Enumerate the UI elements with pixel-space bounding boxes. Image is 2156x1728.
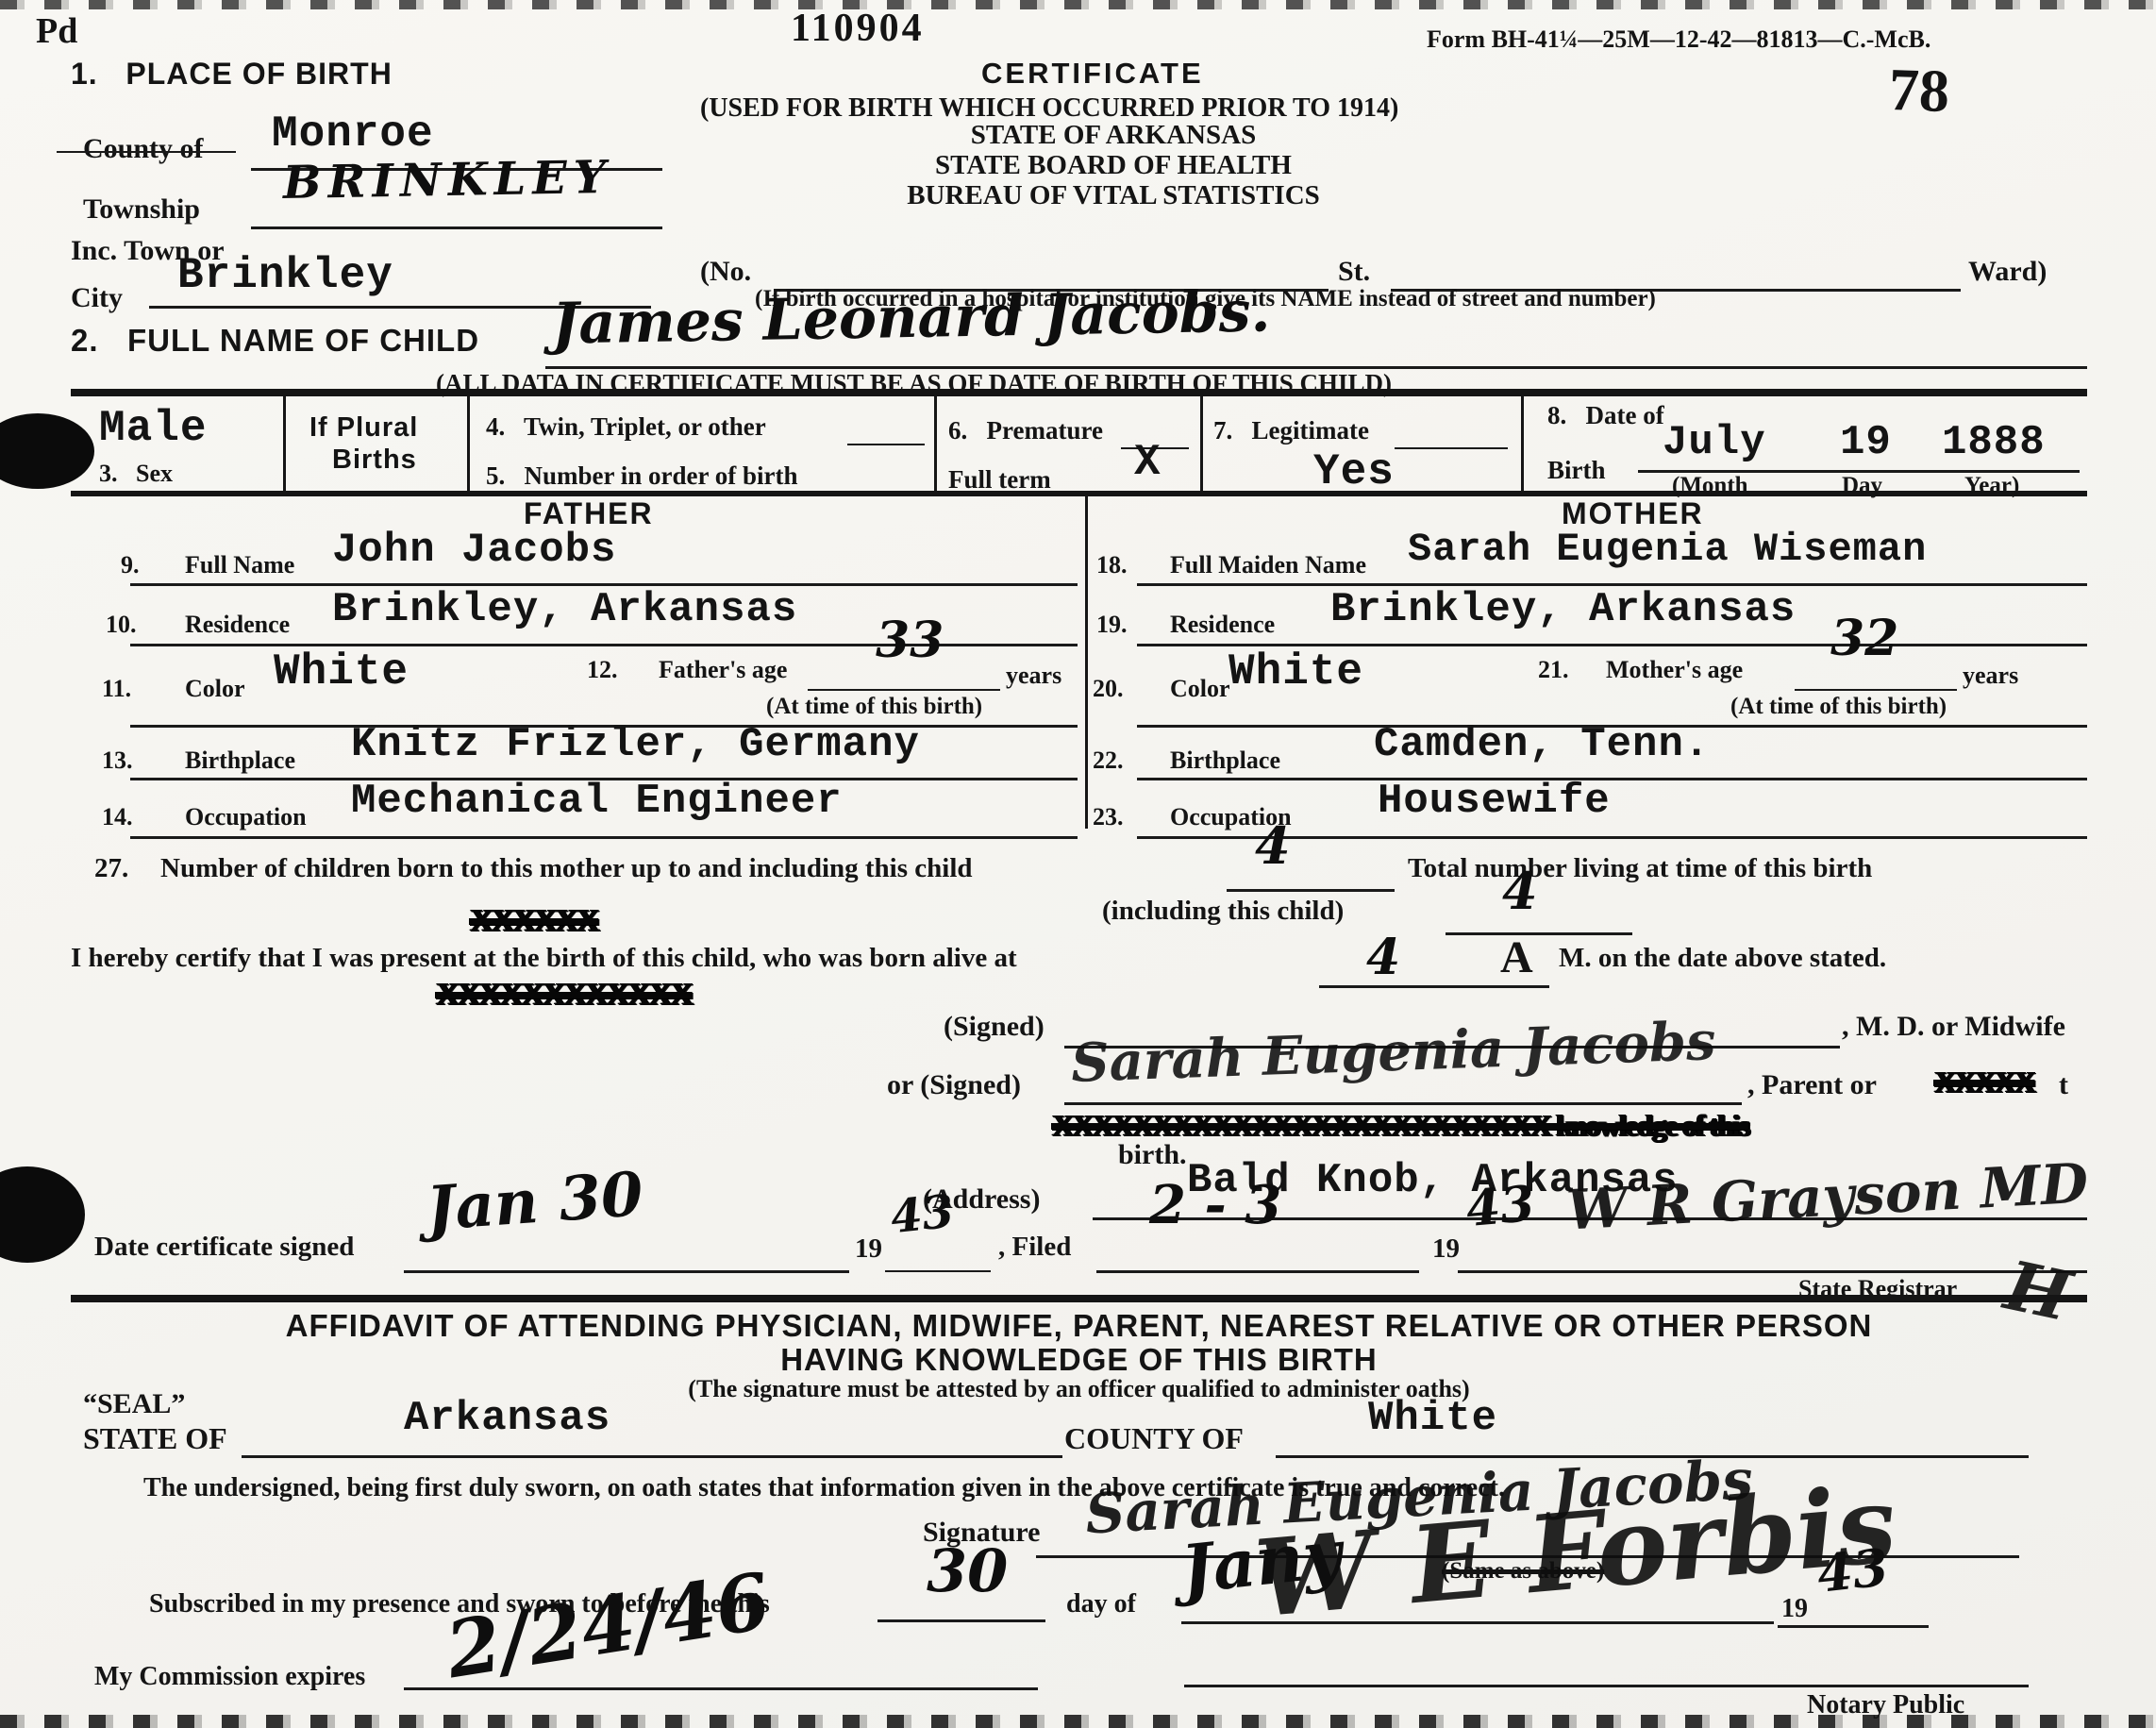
affidavit-line-3: (The signature must be attested by an of… — [71, 1376, 2087, 1401]
mother-age-underline — [1795, 689, 1957, 691]
subscribed-pre19: 19 — [1781, 1595, 1808, 1622]
state-of-label: STATE OF — [83, 1423, 227, 1455]
birth-certificate-scan: Pd 110904 Form BH-41¼—25M—12-42—81813—C.… — [0, 0, 2156, 1728]
plural-births-label-1: If Plural — [309, 413, 418, 442]
mother-age-note: (At time of this birth) — [1730, 695, 1947, 719]
father-age-years: years — [1006, 663, 1061, 688]
form-number: Form BH-41¼—25M—12-42—81813—C.-McB. — [1427, 26, 1930, 52]
mother-occ-num: 23. — [1093, 804, 1124, 830]
children-value: 4 — [1255, 819, 1291, 873]
md-midwife-label: , M. D. or Midwife — [1842, 1012, 2065, 1042]
city-label: City — [71, 283, 123, 313]
subscribed-year-underline — [1778, 1625, 1929, 1628]
father-res-label: Residence — [185, 612, 290, 637]
mother-res-underline — [1137, 644, 2087, 646]
vitals-divider-3 — [934, 396, 937, 491]
mother-res-label: Residence — [1170, 612, 1275, 637]
county-of-label: COUNTY OF — [1064, 1423, 1244, 1455]
date-signed-value: Jan 30 — [425, 1163, 645, 1241]
filed-label: , Filed — [998, 1233, 1071, 1261]
children-underline-2 — [1446, 932, 1632, 935]
ward-label: Ward) — [1968, 257, 2047, 287]
dob-sub-day: Day — [1842, 474, 1882, 498]
filed-underline — [1096, 1270, 1419, 1273]
certificate-subtitle: (USED FOR BIRTH WHICH OCCURRED PRIOR TO … — [700, 94, 1398, 122]
org-state: STATE OF ARKANSAS — [774, 121, 1453, 149]
affidavit-line-1: AFFIDAVIT OF ATTENDING PHYSICIAN, MIDWIF… — [71, 1310, 2087, 1343]
sex-label: 3. Sex — [99, 461, 173, 486]
dob-label-2: Birth — [1547, 457, 1606, 483]
mother-name-value: Sarah Eugenia Wiseman — [1408, 528, 1927, 570]
mother-age-label: Mother's age — [1606, 657, 1743, 682]
twin-label: 4. Twin, Triplet, or other — [486, 413, 766, 440]
filed-pre19: 19 — [1432, 1234, 1460, 1263]
dob-sub-month: (Month — [1672, 474, 1748, 498]
day-of-label: day of — [1066, 1590, 1136, 1618]
hole-punch-top — [0, 413, 94, 489]
affidavit-line-2: HAVING KNOWLEDGE OF THIS BIRTH — [71, 1344, 2087, 1377]
township-value: BRINKLEY — [283, 154, 613, 207]
children-including-text: (including this child) — [1102, 897, 1344, 925]
township-label: Township — [83, 194, 200, 225]
parent-label: , Parent or — [1747, 1070, 1877, 1100]
mother-color-label: Color — [1170, 676, 1230, 701]
dob-month: July — [1663, 421, 1766, 464]
certificate-title: CERTIFICATE — [981, 59, 1204, 90]
father-name-value: John Jacobs — [332, 528, 616, 572]
commission-value: 2/24/46 — [441, 1561, 775, 1692]
mother-birthplace-value: Camden, Tenn. — [1374, 723, 1710, 766]
certify-tail: M. on the date above stated. — [1559, 944, 1886, 972]
mother-birth-num: 22. — [1093, 747, 1124, 773]
mother-age-value: 32 — [1830, 613, 1898, 665]
vitals-divider-2 — [467, 396, 470, 491]
notary-underline — [1184, 1685, 2029, 1687]
township-underline — [251, 226, 662, 229]
father-age-note: (At time of this birth) — [766, 695, 982, 719]
parent-signature: Sarah Eugenia Jacobs — [1070, 1014, 1716, 1092]
legitimate-value: Yes — [1313, 449, 1395, 495]
mother-birth-underline — [1137, 778, 2087, 780]
father-occ-value: Mechanical Engineer — [351, 780, 843, 823]
birth-time-value: 4 — [1366, 932, 1400, 984]
date-year-1: 43 — [889, 1188, 957, 1242]
dob-day: 19 — [1840, 421, 1892, 464]
certify-text: I hereby certify that I was present at t… — [71, 944, 1017, 972]
twin-underline — [847, 444, 925, 445]
father-age-value: 33 — [876, 615, 944, 667]
mother-age-years: years — [1963, 663, 2018, 688]
state-of-value: Arkansas — [404, 1397, 610, 1440]
father-color-num: 11. — [102, 676, 131, 701]
vitals-top-rule — [71, 389, 2087, 396]
children-total-text: Total number living at time of this birt… — [1408, 854, 1872, 882]
mother-birth-label: Birthplace — [1170, 747, 1280, 773]
county-value: Monroe — [272, 111, 434, 157]
father-header: FATHER — [524, 498, 654, 530]
mother-name-label: Full Maiden Name — [1170, 552, 1366, 578]
vitals-divider-1 — [283, 396, 286, 491]
seal-label: “SEAL” — [83, 1389, 185, 1419]
child-name-value: James Leonard Jacobs. — [552, 282, 1271, 354]
signed-label: (Signed) — [944, 1012, 1045, 1042]
father-color-label: Color — [185, 676, 245, 701]
father-res-num: 10. — [106, 612, 137, 637]
notary-public-label: Notary Public — [1807, 1691, 1964, 1719]
commission-underline — [404, 1687, 1038, 1690]
father-res-value: Brinkley, Arkansas — [332, 588, 797, 631]
mother-color-num: 20. — [1093, 676, 1124, 701]
subscribed-day-value: 30 — [927, 1540, 1008, 1602]
children-text: Number of children born to this mother u… — [160, 854, 973, 882]
sex-value: Male — [99, 406, 207, 451]
filed-value: 2 - 3 — [1149, 1178, 1281, 1233]
hole-punch-bottom — [0, 1166, 85, 1263]
mother-name-num: 18. — [1096, 552, 1128, 578]
full-term-label: Full term — [948, 466, 1051, 493]
street-no-label: (No. — [700, 257, 751, 287]
mother-occ-value: Housewife — [1378, 780, 1611, 823]
org-bureau: BUREAU OF VITAL STATISTICS — [774, 181, 1453, 210]
org-board: STATE BOARD OF HEALTH — [774, 151, 1453, 179]
child-name-heading: 2. FULL NAME OF CHILD — [71, 325, 479, 358]
date-pre19-1: 19 — [855, 1234, 882, 1263]
date-signed-underline — [404, 1270, 849, 1273]
birth-time-underline — [1319, 985, 1549, 988]
mother-age-num: 21. — [1538, 657, 1569, 682]
birth-ampm-value: A — [1500, 934, 1533, 981]
pd-mark: Pd — [36, 13, 77, 51]
date-signed-label: Date certificate signed — [94, 1233, 354, 1261]
dob-year: 1888 — [1942, 421, 2046, 464]
city-value: Brinkley — [177, 253, 393, 298]
struck-word: XXXXXX — [470, 904, 597, 938]
dob-sub-year: Year) — [1964, 474, 2019, 498]
birth-order-label: 5. Number in order of birth — [486, 462, 798, 489]
affidavit-top-rule — [71, 1295, 2087, 1302]
parents-divider — [1085, 496, 1088, 829]
legitimate-underline — [1395, 447, 1508, 449]
father-occ-num: 14. — [102, 804, 133, 830]
struck-line-2: XXXXXXXXXXXXXXXXXXXXXXXXX knowledge of t… — [1052, 1110, 1748, 1142]
registrar-underline — [1458, 1270, 2087, 1273]
legitimate-label: 7. Legitimate — [1213, 417, 1369, 444]
parent-tail: t — [2059, 1070, 2068, 1100]
commission-label: My Commission expires — [94, 1663, 365, 1690]
children-value-2: 4 — [1502, 864, 1538, 918]
father-birthplace-value: Knitz Frizler, Germany — [351, 723, 920, 766]
vitals-divider-5 — [1521, 396, 1524, 491]
dob-label-1: 8. Date of — [1547, 402, 1664, 428]
father-birth-label: Birthplace — [185, 747, 295, 773]
children-underline — [1227, 889, 1395, 892]
filed-year: 43 — [1464, 1179, 1537, 1236]
mother-res-value: Brinkley, Arkansas — [1330, 588, 1796, 631]
county-label: County of — [83, 134, 204, 164]
or-signed-label: or (Signed) — [887, 1070, 1021, 1100]
father-name-label: Full Name — [185, 552, 294, 578]
father-birth-num: 13. — [102, 747, 133, 773]
county-label-strike — [57, 151, 236, 153]
page-number: 78 — [1888, 58, 1950, 123]
serial-number: 110904 — [791, 8, 925, 49]
father-name-num: 9. — [121, 552, 140, 578]
struck-line-1: XXXXXXXXXXXX — [436, 978, 692, 1012]
premature-label: 6. Premature — [948, 417, 1103, 444]
county-of-value: White — [1368, 1397, 1497, 1440]
mother-color-value: White — [1228, 649, 1363, 695]
subscribed-day-underline — [877, 1619, 1045, 1622]
or-signed-underline — [1064, 1102, 1742, 1105]
father-occ-label: Occupation — [185, 804, 307, 830]
father-age-num: 12. — [587, 657, 618, 682]
mother-header: MOTHER — [1562, 498, 1704, 530]
full-term-value: X — [1134, 440, 1162, 485]
vitals-divider-4 — [1200, 396, 1203, 491]
vitals-bottom-rule — [71, 491, 2087, 496]
place-of-birth-heading: 1. PLACE OF BIRTH — [71, 59, 393, 91]
plural-births-label-2: Births — [332, 445, 417, 474]
street-label: St. — [1338, 257, 1370, 287]
parent-struck: XXXXX — [1934, 1066, 2034, 1099]
father-occ-underline — [130, 836, 1078, 839]
father-age-underline — [808, 689, 1000, 691]
scan-noise-top — [0, 0, 2156, 9]
date-year-1-underline — [885, 1270, 991, 1272]
subscribed-year-value: 43 — [1814, 1540, 1891, 1601]
mother-res-num: 19. — [1096, 612, 1128, 637]
father-color-value: White — [274, 649, 409, 695]
father-age-label: Father's age — [659, 657, 787, 682]
birth-word: birth. — [1118, 1140, 1187, 1170]
state-of-underline — [242, 1455, 1062, 1458]
children-num: 27. — [94, 854, 128, 882]
